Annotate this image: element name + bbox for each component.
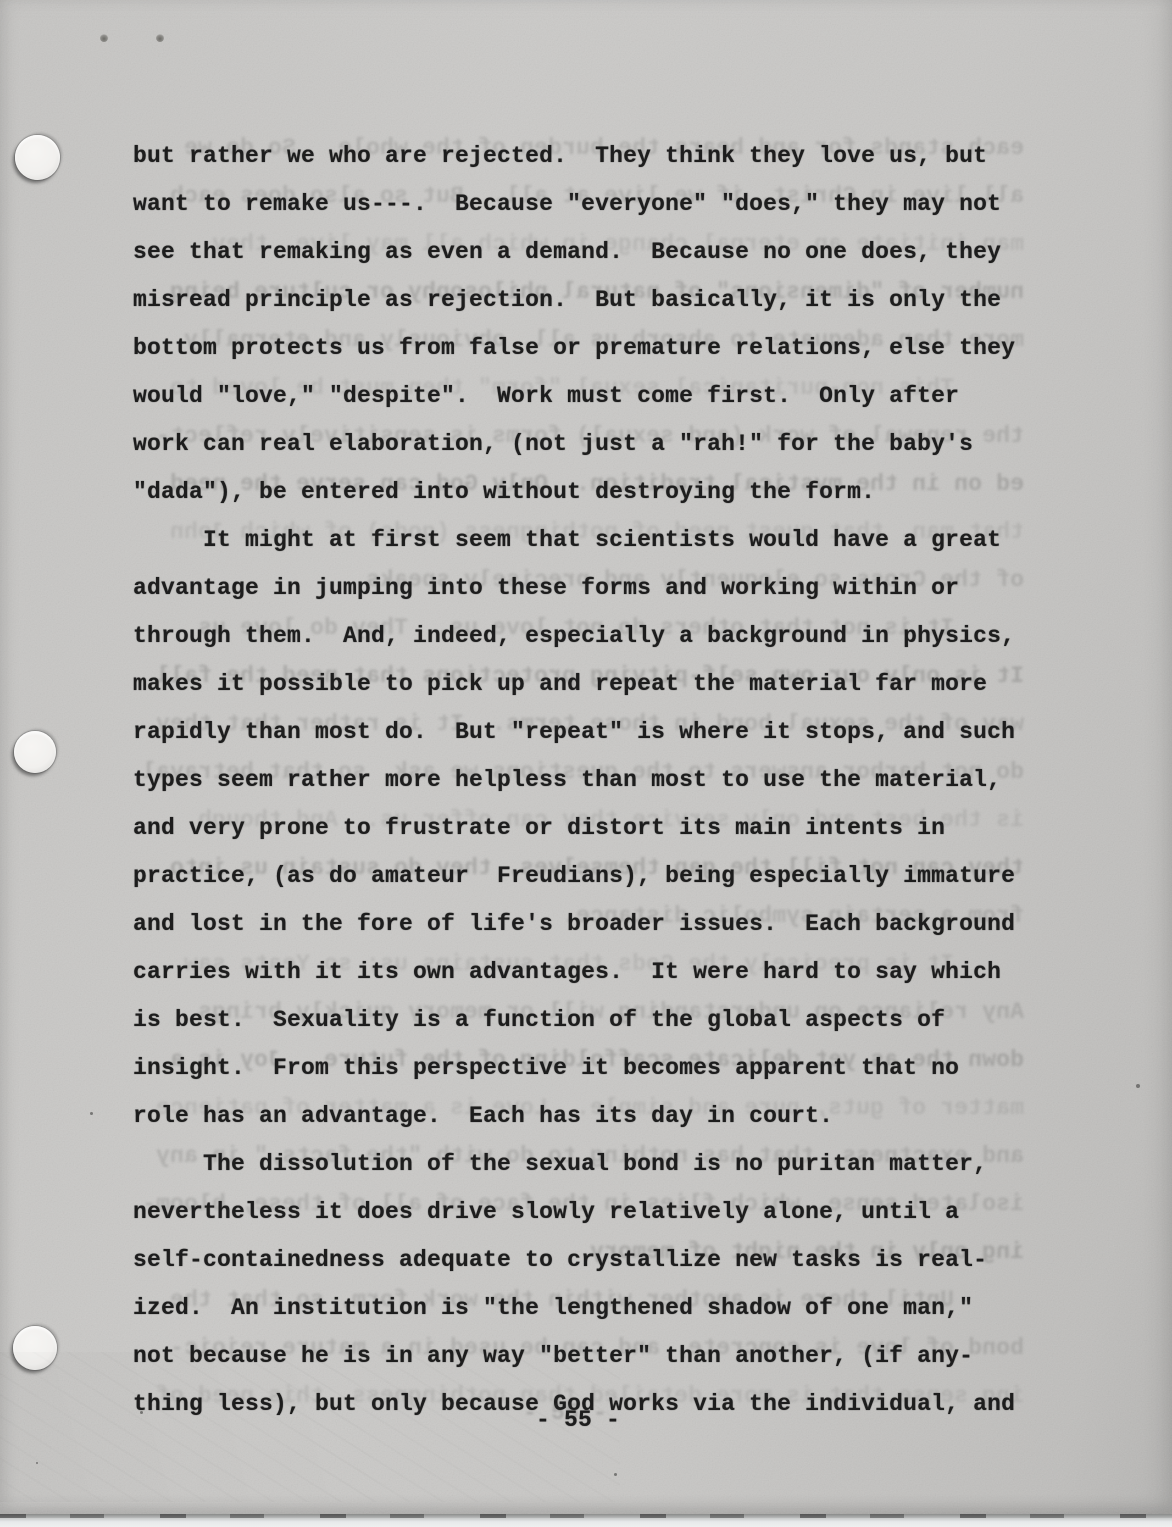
typed-line: role has an advantage. Each has its day … <box>133 1092 833 1140</box>
typed-line: misread principle as rejection. But basi… <box>133 276 1001 324</box>
staple-mark <box>156 34 164 42</box>
typed-line: want to remake us---. Because "everyone"… <box>133 180 1001 228</box>
typed-line: bottom protects us from false or prematu… <box>133 324 1015 372</box>
typed-line: "dada"), be entered into without destroy… <box>133 468 875 516</box>
typed-line: through them. And, indeed, especially a … <box>133 612 1015 660</box>
typed-line: and lost in the fore of life's broader i… <box>133 900 1015 948</box>
typed-line: ized. An institution is "the lengthened … <box>133 1284 973 1332</box>
typed-line: It might at first seem that scientists w… <box>133 516 1001 564</box>
typed-line: The dissolution of the sexual bond is no… <box>133 1140 987 1188</box>
punch-hole <box>14 731 56 773</box>
typed-line: see that remaking as even a demand. Beca… <box>133 228 1001 276</box>
typed-line: self-containedness adequate to crystalli… <box>133 1236 987 1284</box>
dust-speck <box>1136 1084 1140 1088</box>
typed-line: but rather we who are rejected. They thi… <box>133 132 987 180</box>
typed-text-layer: but rather we who are rejected. They thi… <box>0 0 1172 1514</box>
dust-speck <box>266 150 268 152</box>
typed-line: nevertheless it does drive slowly relati… <box>133 1188 959 1236</box>
typed-line: insight. From this perspective it become… <box>133 1044 959 1092</box>
punch-hole <box>15 135 60 180</box>
page-number: - 55 - <box>0 1396 1156 1444</box>
dust-speck <box>90 1112 93 1115</box>
dust-speck <box>36 1462 38 1464</box>
typed-line: makes it possible to pick up and repeat … <box>133 660 987 708</box>
scanner-bottom-edge <box>0 1514 1172 1527</box>
typed-line: work can real elaboration, (not just a "… <box>133 420 973 468</box>
typed-line: and very prone to frustrate or distort i… <box>133 804 945 852</box>
typed-line: carries with it its own advantages. It w… <box>133 948 1001 996</box>
scanned-document-screenshot: { "document": { "kind": "typewritten man… <box>0 0 1172 1527</box>
staple-mark <box>100 34 108 42</box>
typed-line: would "love," "despite". Work must come … <box>133 372 959 420</box>
typed-line: practice, (as do amateur Freudians), bei… <box>133 852 1015 900</box>
typed-line: is best. Sexuality is a function of the … <box>133 996 945 1044</box>
typed-line: not because he is in any way "better" th… <box>133 1332 973 1380</box>
typed-line: types seem rather more helpless than mos… <box>133 756 1001 804</box>
scanned-page: each stands for and bears the burden of … <box>0 0 1172 1514</box>
dust-speck <box>140 1411 143 1414</box>
dust-speck <box>614 1473 617 1476</box>
punch-hole <box>13 1326 57 1370</box>
typed-line: rapidly than most do. But "repeat" is wh… <box>133 708 1015 756</box>
typed-line: advantage in jumping into these forms an… <box>133 564 959 612</box>
